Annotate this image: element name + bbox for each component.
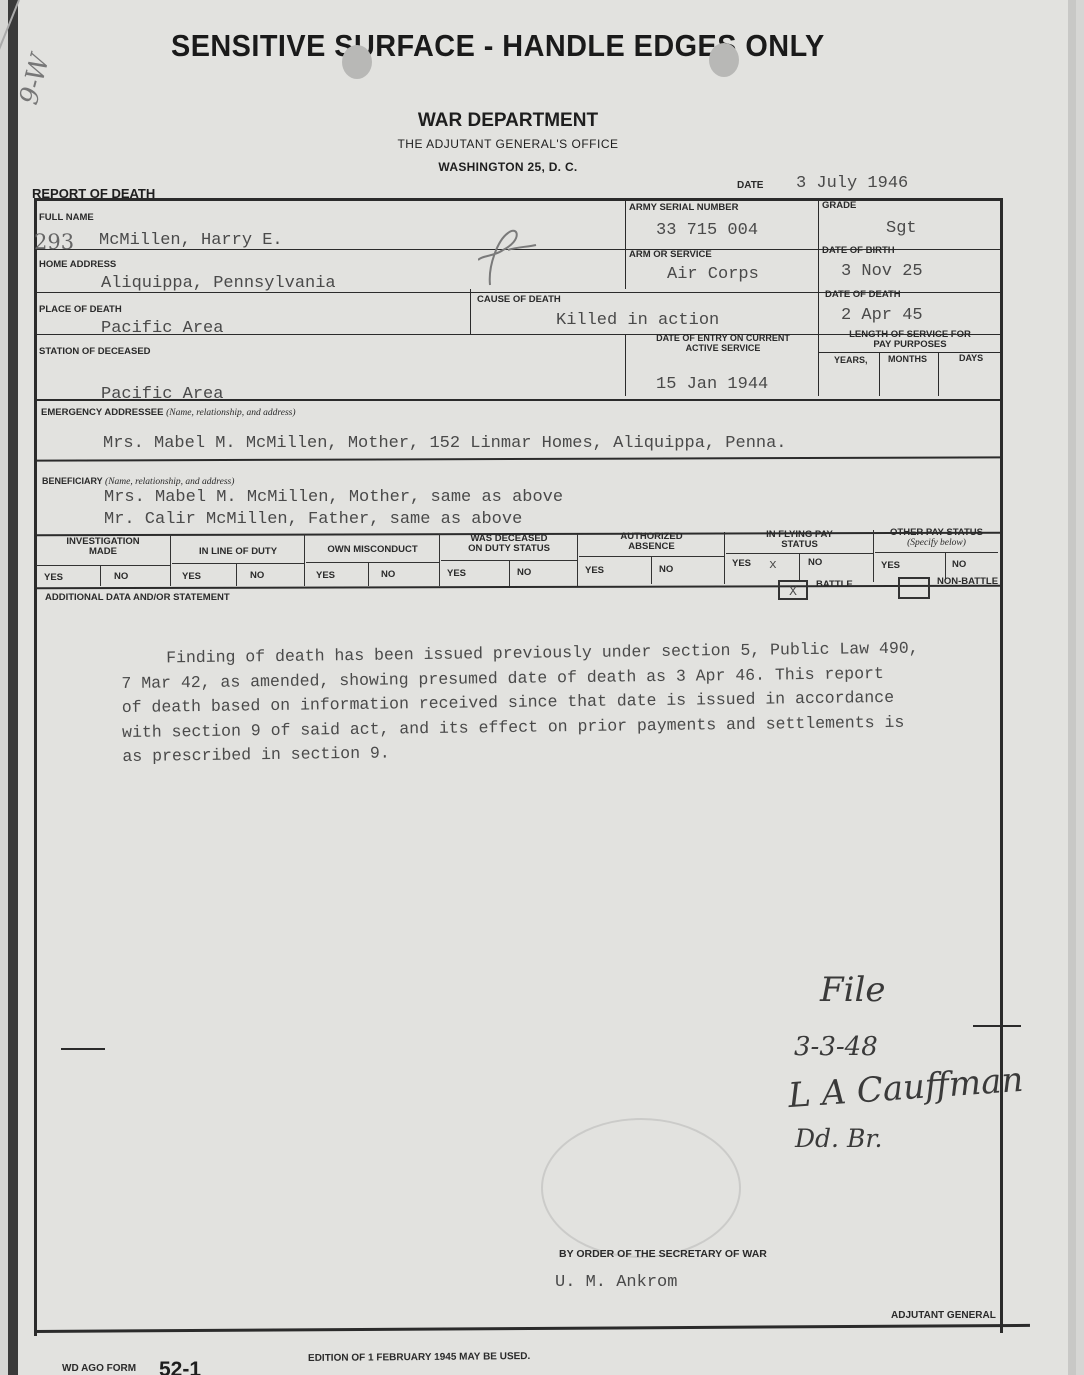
corner-note: 9-W — [14, 51, 56, 108]
emergency-addressee-label: EMERGENCY ADDRESSEE (Name, relationship,… — [41, 407, 296, 418]
form-bottom-border — [34, 1324, 1030, 1333]
battle-checkbox[interactable]: X — [778, 580, 808, 600]
date-of-birth-label: DATE OF BIRTH — [822, 245, 895, 256]
army-serial-number-label: ARMY SERIAL NUMBER — [629, 202, 738, 213]
full-name-label: FULL NAME — [39, 212, 94, 223]
divider — [306, 562, 440, 563]
status-col-header: AUTHORIZED ABSENCE — [579, 532, 724, 552]
arm-or-service-value: Air Corps — [667, 265, 759, 284]
page-edge-shadow — [8, 0, 18, 1375]
divider — [579, 556, 725, 557]
page-edge-right — [1068, 0, 1076, 1375]
form-label: WD AGO FORM — [62, 1363, 136, 1374]
divider — [875, 552, 998, 553]
army-serial-number-value: 33 715 004 — [656, 221, 758, 240]
status-col-header: OWN MISCONDUCT — [306, 534, 439, 555]
line-of-duty-yes-box[interactable]: YES — [182, 571, 201, 582]
divider — [36, 565, 171, 566]
service-months-header: MONTHS — [888, 354, 927, 364]
document-page: 9-W SENSITIVE SURFACE - HANDLE EDGES ONL… — [8, 0, 1076, 1375]
date-of-entry-label: DATE OF ENTRY ON CURRENT ACTIVE SERVICE — [628, 333, 818, 353]
status-col-header-line2: ABSENCE — [579, 542, 724, 552]
report-date: 3 July 1946 — [796, 174, 908, 193]
status-col-header: WAS DECEASED ON DUTY STATUS — [441, 534, 577, 554]
form-top-border — [34, 198, 1002, 201]
office-location: WASHINGTON 25, D. C. — [338, 160, 678, 174]
punch-hole-right — [709, 43, 739, 77]
full-name-value: McMillen, Harry E. — [99, 231, 283, 250]
home-address-value: Aliquippa, Pennsylvania — [101, 274, 336, 293]
divider — [726, 553, 874, 554]
date-of-entry-value: 15 Jan 1944 — [656, 375, 768, 394]
battle-label: BATTLE — [816, 579, 853, 590]
beneficiary-line-1: Mrs. Mabel M. McMillen, Mother, same as … — [104, 488, 563, 507]
date-of-entry-label-line1: DATE OF ENTRY ON CURRENT — [628, 333, 818, 343]
signer-name: U. M. Ankrom — [555, 1273, 677, 1292]
form-right-border — [1000, 198, 1003, 1333]
length-of-service-label: LENGTH OF SERVICE FOR PAY PURPOSES — [820, 330, 1000, 350]
status-col-line-of-duty: IN LINE OF DUTY YES NO — [172, 534, 305, 586]
handwritten-branch: Dd. Br. — [795, 1124, 882, 1153]
status-col-header: OTHER PAY STATUS (Specify below) — [875, 528, 998, 548]
status-col-authorized-absence: AUTHORIZED ABSENCE YES NO — [579, 532, 725, 584]
cause-of-death-value: Killed in action — [556, 311, 719, 330]
arm-or-service-label: ARM OR SERVICE — [629, 249, 712, 260]
emergency-addressee-value: Mrs. Mabel M. McMillen, Mother, 152 Linm… — [103, 434, 787, 453]
form-left-border — [34, 198, 37, 1336]
pencil-check-mark-icon — [478, 225, 538, 295]
beneficiary-label: BENEFICIARY (Name, relationship, and add… — [42, 476, 234, 487]
divider — [172, 563, 305, 564]
fold-tick-left — [61, 1048, 105, 1050]
other-pay-yes-box[interactable]: YES — [881, 560, 900, 571]
non-battle-checkbox[interactable] — [898, 577, 930, 599]
divider — [236, 563, 237, 586]
grade-label: GRADE — [822, 200, 856, 211]
line-of-duty-no-box[interactable]: NO — [250, 570, 264, 581]
status-col-header: IN LINE OF DUTY — [172, 534, 304, 557]
embossed-seal — [541, 1118, 741, 1258]
cause-of-death-label: CAUSE OF DEATH — [477, 294, 561, 305]
status-col-investigation: INVESTIGATION MADE YES NO — [36, 534, 171, 586]
divider — [651, 556, 652, 584]
other-pay-no-box[interactable]: NO — [952, 559, 966, 570]
office-subtitle: THE ADJUTANT GENERAL'S OFFICE — [338, 137, 678, 151]
authorized-absence-yes-box[interactable]: YES — [585, 565, 604, 576]
status-col-header-line2: MADE — [36, 547, 170, 557]
date-label: DATE — [737, 180, 763, 191]
emergency-addressee-label-text: EMERGENCY ADDRESSEE — [41, 407, 163, 418]
divider — [470, 289, 471, 334]
own-misconduct-no-box[interactable]: NO — [381, 569, 395, 580]
on-duty-yes-box[interactable]: YES — [447, 568, 466, 579]
status-col-header-line1: OTHER PAY STATUS — [875, 528, 998, 538]
divider — [368, 562, 369, 586]
date-of-death-value: 2 Apr 45 — [841, 306, 923, 325]
date-of-birth-value: 3 Nov 25 — [841, 262, 923, 281]
station-of-deceased-label: STATION OF DECEASED — [39, 346, 151, 357]
emergency-addressee-hint: (Name, relationship, and address) — [166, 408, 295, 418]
status-col-on-duty: WAS DECEASED ON DUTY STATUS YES NO — [441, 534, 578, 586]
by-order-label: BY ORDER OF THE SECRETARY OF WAR — [559, 1248, 767, 1260]
additional-statement: Finding of death has been issued previou… — [121, 637, 920, 770]
authorized-absence-no-box[interactable]: NO — [659, 564, 673, 575]
handwritten-file: File — [820, 970, 885, 1010]
home-address-label: HOME ADDRESS — [39, 259, 116, 270]
form-number: 52-1 — [159, 1358, 201, 1375]
handwritten-signature: L A Cauffman — [787, 1060, 1025, 1116]
beneficiary-line-2: Mr. Calir McMillen, Father, same as abov… — [104, 510, 522, 529]
department-title: WAR DEPARTMENT — [338, 110, 678, 132]
status-col-flying-pay: IN FLYING PAY STATUS YES x NO — [726, 530, 874, 582]
handwritten-date: 3-3-48 — [794, 1032, 878, 1062]
non-battle-label: NON-BATTLE — [937, 576, 998, 587]
status-col-header-line2: STATUS — [726, 540, 873, 550]
grade-value: Sgt — [886, 219, 917, 238]
flying-pay-yes-mark: x — [769, 557, 777, 572]
divider — [509, 560, 510, 586]
beneficiary-hint: (Name, relationship, and address) — [105, 477, 234, 487]
divider — [818, 199, 819, 396]
status-grid: INVESTIGATION MADE YES NO IN LINE OF DUT… — [36, 534, 998, 586]
divider — [938, 352, 939, 396]
battle-checkbox-mark: X — [789, 584, 797, 599]
divider — [36, 456, 1000, 461]
on-duty-no-box[interactable]: NO — [517, 567, 531, 578]
station-of-deceased-value: Pacific Area — [101, 385, 223, 404]
own-misconduct-yes-box[interactable]: YES — [316, 570, 335, 581]
investigation-yes-box[interactable]: YES — [44, 572, 63, 583]
additional-data-label: ADDITIONAL DATA AND/OR STATEMENT — [45, 592, 230, 603]
divider — [625, 334, 626, 396]
flying-pay-yes-box[interactable]: YES — [732, 558, 751, 569]
status-col-header-line2: ON DUTY STATUS — [441, 544, 577, 554]
punch-hole-left — [342, 45, 372, 79]
flying-pay-no-box[interactable]: NO — [808, 557, 822, 568]
divider — [799, 553, 800, 580]
divider — [625, 199, 626, 289]
fold-tick-right — [973, 1025, 1021, 1027]
status-col-other-pay: OTHER PAY STATUS (Specify below) YES NO — [875, 528, 998, 580]
date-of-entry-label-line2: ACTIVE SERVICE — [628, 343, 818, 353]
signer-title: ADJUTANT GENERAL — [891, 1310, 996, 1321]
beneficiary-label-text: BENEFICIARY — [42, 476, 103, 486]
place-of-death-label: PLACE OF DEATH — [39, 304, 122, 315]
full-name-margin-note: 293 — [34, 230, 74, 254]
status-col-header-line2: (Specify below) — [875, 538, 998, 548]
status-col-own-misconduct: OWN MISCONDUCT YES NO — [306, 534, 440, 586]
status-col-header: IN FLYING PAY STATUS — [726, 530, 873, 550]
investigation-no-box[interactable]: NO — [114, 571, 128, 582]
length-of-service-label-line2: PAY PURPOSES — [820, 340, 1000, 350]
service-years-header: YEARS, — [834, 355, 868, 365]
divider — [100, 565, 101, 586]
date-of-death-label: DATE OF DEATH — [825, 289, 901, 300]
divider — [879, 352, 880, 396]
edition-note: EDITION OF 1 FEBRUARY 1945 MAY BE USED. — [308, 1351, 530, 1364]
status-col-header: INVESTIGATION MADE — [36, 534, 170, 557]
service-days-header: DAYS — [959, 353, 983, 363]
place-of-death-value: Pacific Area — [101, 319, 223, 338]
